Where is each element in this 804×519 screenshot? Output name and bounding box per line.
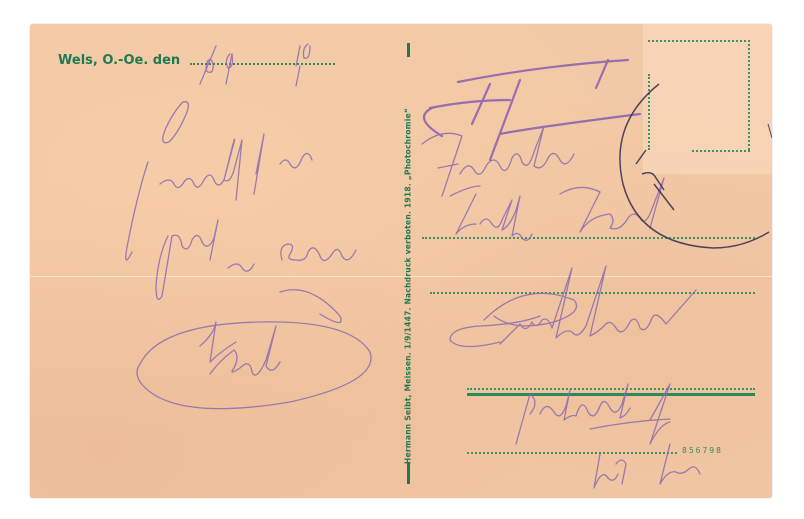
stamp-box-top [648, 40, 750, 42]
divider-bottom-segment [407, 462, 410, 484]
hand-H [126, 102, 189, 260]
hand-kathi [450, 186, 532, 240]
serial-number: 856798 [682, 446, 723, 455]
address-line-3 [467, 388, 755, 390]
hand-euer [281, 244, 356, 261]
place-date-label: Wels, O.-Oe. den [58, 53, 180, 68]
address-line-1 [422, 237, 755, 239]
date-line [190, 63, 335, 65]
address-line-3-underline [467, 393, 755, 396]
hand-gschelsdorf [450, 266, 696, 347]
hand-gruesse [156, 220, 254, 299]
stamp-box-right [748, 40, 750, 150]
hand-karl [200, 322, 280, 375]
date-year [296, 44, 310, 86]
date-digit-8 [200, 46, 216, 84]
address-line-4 [467, 452, 677, 454]
violet-mark [424, 60, 640, 160]
postcard: Wels, O.-Oe. den Hermann Seibt, Meissen.… [30, 24, 772, 498]
publisher-imprint: Hermann Seibt, Meissen. 1/9/1447. Nachdr… [404, 108, 413, 464]
hand-kreil [560, 178, 664, 232]
hand-flourish [280, 290, 341, 323]
divider-top-segment [407, 43, 410, 57]
recipient-line-5: Ober-Öst. [30, 24, 34, 25]
fold-crease [30, 276, 772, 277]
date-digit-9 [226, 54, 233, 84]
hand-herzlichste [160, 134, 312, 200]
stamp-box-left [648, 74, 650, 150]
hand-fraeulein [422, 126, 574, 196]
hand-oval [137, 322, 371, 409]
stamp-box-bottom [692, 150, 750, 152]
address-line-2 [430, 292, 755, 294]
